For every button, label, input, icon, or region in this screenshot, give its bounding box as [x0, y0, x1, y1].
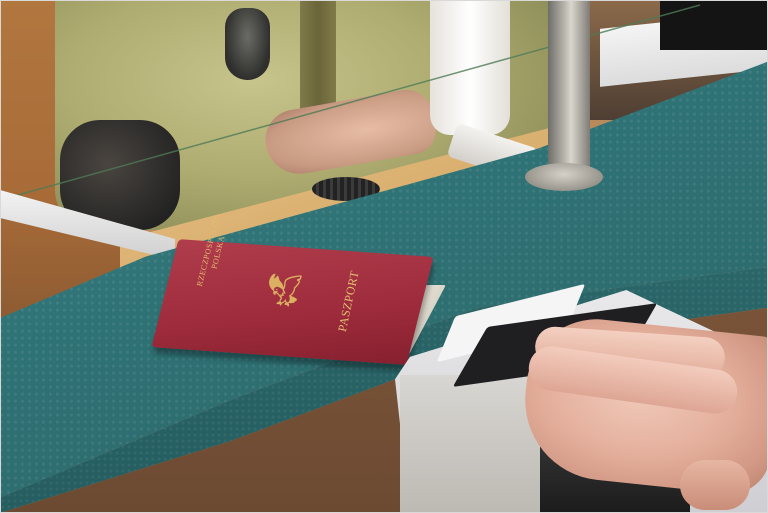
metal-pole [548, 0, 590, 175]
officer-badge-icon [225, 8, 270, 80]
pole-base [525, 163, 603, 191]
document-reader-device [430, 0, 510, 135]
thumb [680, 460, 750, 510]
monitor-screen [660, 0, 768, 50]
photo-scene: RZECZPOSPOLITA POLSKA 🦅︎ PASZPORT [0, 0, 768, 513]
